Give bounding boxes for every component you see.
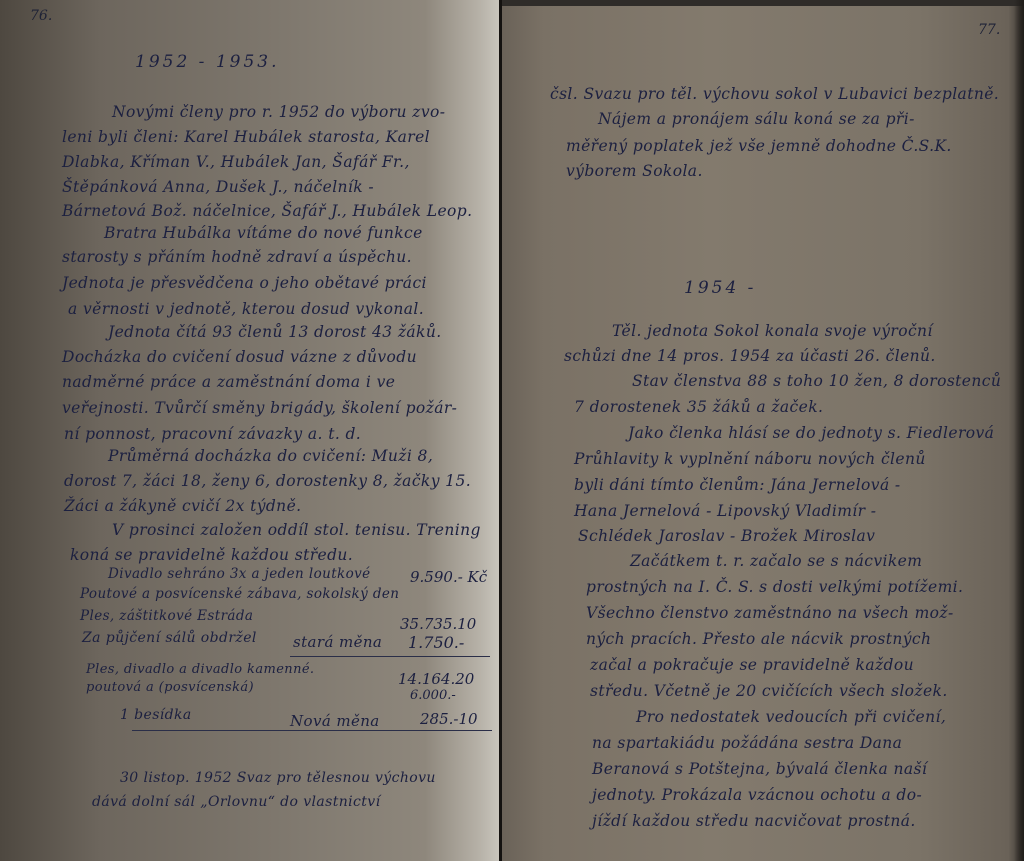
text-line: Všechno členstvo zaměstnáno na všech mož…	[586, 604, 954, 622]
right-page: 77. čsl. Svazu pro těl. výchovu sokol v …	[502, 0, 1024, 861]
text-line: Hana Jernelová - Lipovský Vladimír -	[574, 502, 876, 520]
new-currency-label: Nová měna	[290, 712, 380, 730]
text-line: Žáci a žákyně cvičí 2x týdně.	[64, 497, 301, 515]
text-line: Schlédek Jaroslav - Brožek Miroslav	[578, 527, 875, 545]
text-line: čsl. Svazu pro těl. výchovu sokol v Luba…	[550, 85, 999, 103]
text-line: Ples, záštitkové Estráda	[80, 608, 253, 624]
text-line: středu. Včetně je 20 cvičících všech slo…	[590, 682, 948, 700]
text-line: nadměrné práce a zaměstnání doma i ve	[62, 373, 395, 391]
text-line: Divadlo sehráno 3x a jeden loutkové	[108, 566, 371, 582]
text-line: koná se pravidelně každou středu.	[70, 546, 353, 564]
new-currency-amount: 285.-10	[420, 710, 478, 728]
text-line: na spartakiádu požádána sestra Dana	[592, 734, 902, 752]
text-line: 30 listop. 1952 Svaz pro tělesnou výchov…	[120, 770, 436, 786]
text-line: byli dáni tímto členům: Jána Jernelová -	[574, 476, 901, 494]
sum-underline	[290, 656, 490, 657]
text-line: Za půjčení sálů obdržel	[82, 630, 257, 646]
text-line: dorost 7, žáci 18, ženy 6, dorostenky 8,…	[64, 472, 471, 490]
text-line: leni byli členi: Karel Hubálek starosta,…	[62, 128, 430, 146]
fair-income-amount: 6.000.-	[410, 688, 456, 703]
text-line: Jednota čítá 93 členů 13 dorost 43 žáků.	[108, 323, 442, 341]
text-line: jednoty. Prokázala vzácnou ochotu a do-	[592, 786, 922, 804]
right-page-number: 77.	[978, 22, 1000, 38]
text-line: Pro nedostatek vedoucích při cvičení,	[636, 708, 946, 726]
text-line: Beranová s Potštejna, bývalá členka naší	[592, 760, 927, 778]
text-line: a věrnosti v jednotě, kterou dosud vykon…	[68, 300, 424, 318]
text-line: poutová a (posvícenská)	[86, 680, 254, 695]
left-page: 76. 1952 - 1953. Novými členy pro r. 195…	[0, 0, 500, 861]
text-line: Jednota je přesvědčena o jeho obětavé pr…	[62, 274, 427, 292]
text-line: Bárnetová Bož. náčelnice, Šafář J., Hubá…	[62, 202, 472, 220]
text-line: Poutové a posvícenské zábava, sokolský d…	[80, 586, 399, 602]
text-line: schůzi dne 14 pros. 1954 za účasti 26. č…	[564, 347, 936, 365]
text-line: Nájem a pronájem sálu koná se za při-	[598, 110, 915, 128]
text-line: ných pracích. Přesto ale nácvik prostnýc…	[586, 630, 931, 648]
text-line: 7 dorostenek 35 žáků a žaček.	[574, 398, 823, 416]
text-line: Jako členka hlásí se do jednoty s. Fiedl…	[628, 424, 994, 442]
text-line: 1 besídka	[120, 707, 192, 723]
text-line: Průhlavity k vyplnění náboru nových člen…	[574, 450, 926, 468]
text-line: veřejnosti. Tvůrčí směny brigády, školen…	[62, 399, 457, 417]
text-line: dává dolní sál „Orlovnu“ do vlastnictví	[92, 794, 381, 810]
text-line: Ples, divadlo a divadlo kamenné.	[86, 662, 314, 677]
text-line: Novými členy pro r. 1952 do výboru zvo-	[112, 103, 445, 121]
section-heading-1954: 1954 -	[684, 278, 756, 298]
hall-rental-amount: 1.750.-	[408, 633, 464, 652]
text-line: ní ponnost, pracovní závazky a. t. d.	[64, 425, 361, 443]
text-line: výborem Sokola.	[566, 162, 703, 180]
text-line: Docházka do cvičení dosud vázne z důvodu	[62, 348, 417, 366]
ball-income-amount: 14.164.20	[398, 670, 474, 688]
section-heading-1952-1953: 1952 - 1953.	[135, 52, 279, 72]
text-line: Bratra Hubálka vítáme do nové funkce	[104, 224, 423, 242]
text-line: měřený poplatek jež vše jemně dohodne Č.…	[566, 137, 952, 155]
text-line: jíždí každou středu nacvičovat prostná.	[592, 812, 916, 830]
text-line: prostných na I. Č. S. s dosti velkými po…	[586, 578, 963, 596]
total-underline	[132, 730, 492, 731]
text-line: Štěpánková Anna, Dušek J., náčelník -	[62, 178, 374, 196]
text-line: Začátkem t. r. začalo se s nácvikem	[630, 552, 922, 570]
text-line: starosty s přáním hodně zdraví a úspěchu…	[62, 248, 412, 266]
text-line: Těl. jednota Sokol konala svoje výroční	[612, 322, 933, 340]
left-page-number: 76.	[30, 8, 52, 24]
text-line: Dlabka, Kříman V., Hubálek Jan, Šafář Fr…	[62, 153, 410, 171]
text-line: Stav členstva 88 s toho 10 žen, 8 dorost…	[632, 372, 1001, 390]
old-currency-label: stará měna	[293, 633, 382, 651]
theatre-income-amount: 9.590.- Kč	[410, 568, 487, 586]
text-line: Průměrná docházka do cvičení: Muži 8,	[108, 447, 433, 465]
text-line: V prosinci založen oddíl stol. tenisu. T…	[112, 521, 481, 539]
dance-income-amount: 35.735.10	[400, 615, 476, 633]
text-line: začal a pokračuje se pravidelně každou	[590, 656, 914, 674]
open-chronicle-book: 76. 1952 - 1953. Novými členy pro r. 195…	[0, 0, 1024, 861]
